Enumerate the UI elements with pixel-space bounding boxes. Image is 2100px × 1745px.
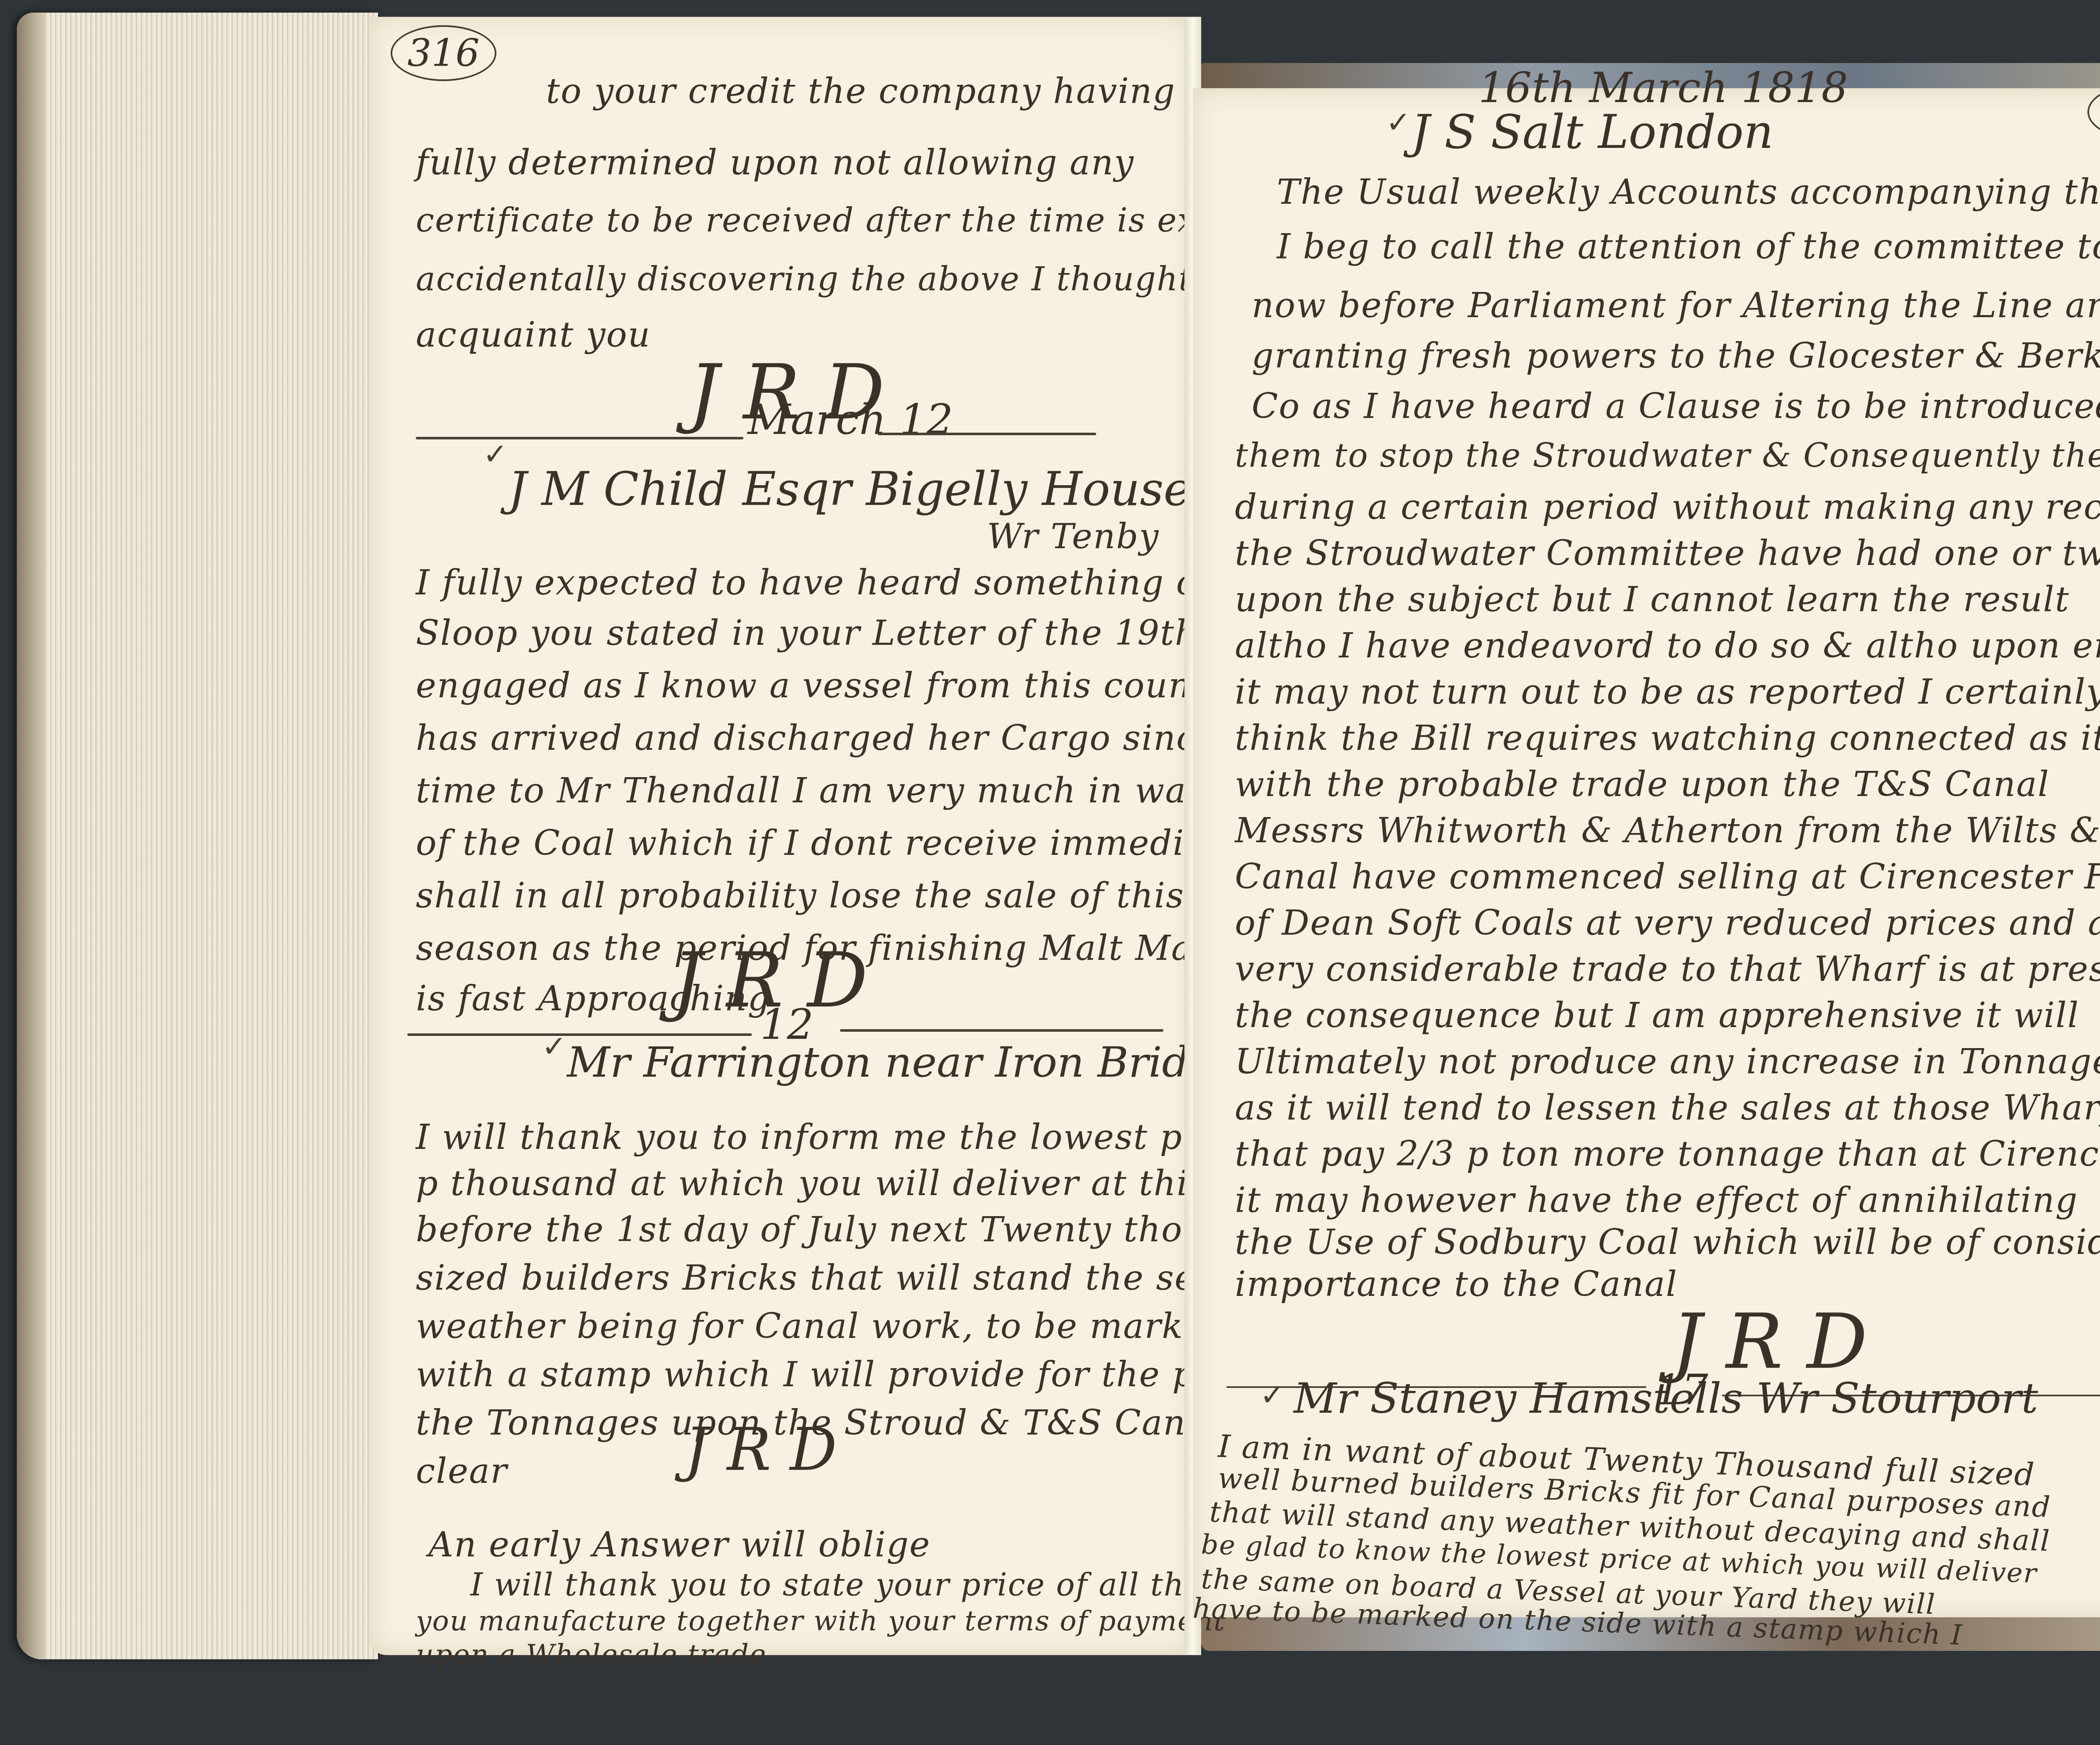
right-page: 317 16th March 1818 ✓ J S Salt London Th…	[1193, 88, 2100, 1617]
text-line: granting fresh powers to the Glocester &…	[1252, 336, 2100, 376]
text-line: Canal have commenced selling at Cirences…	[1235, 857, 2100, 897]
text-line: to your credit the company having	[546, 71, 1176, 111]
postscript-line: upon a Wholesale trade	[416, 1638, 767, 1671]
text-line: as it will tend to lessen the sales at t…	[1235, 1088, 2100, 1128]
text-line: clear	[416, 1451, 508, 1491]
text-line: very considerable trade to that Wharf is…	[1235, 949, 2100, 989]
left-page: 316 to your credit the company having fu…	[370, 17, 1193, 1655]
text-line: I will thank you to inform me the lowest…	[416, 1117, 1253, 1157]
text-line: altho I have endeavord to do so & altho …	[1235, 626, 2100, 666]
text-line: now before Parliament for Altering the L…	[1252, 286, 2100, 326]
divider-rule	[878, 433, 1096, 435]
text-line: importance to the Canal	[1235, 1264, 1678, 1304]
text-line: that pay 2/3 p ton more tonnage than at …	[1235, 1134, 2100, 1174]
text-line: sized builders Bricks that will stand th…	[416, 1258, 1309, 1298]
text-line: them to stop the Stroudwater & Consequen…	[1235, 437, 2100, 475]
text-line: the Use of Sodbury Coal which will be of…	[1235, 1222, 2100, 1262]
page-edge-stack	[17, 13, 378, 1659]
text-line: p thousand at which you will deliver at …	[416, 1164, 1316, 1204]
postscript-line: you manufacture together with your terms…	[416, 1605, 1226, 1637]
page-number-317: 317	[2087, 84, 2100, 140]
text-line: shall in all probability lose the sale o…	[416, 876, 1184, 916]
text-line: of Dean Soft Coals at very reduced price…	[1235, 903, 2100, 943]
text-line: acquaint you	[416, 315, 651, 355]
recipient-place: Wr Tenby	[987, 517, 1159, 557]
text-line: of the Coal which if I dont receive imme…	[416, 823, 1274, 863]
postscript-line: An early Answer will oblige	[428, 1525, 931, 1565]
postscript-line: I will thank you to state your price of …	[470, 1567, 1204, 1603]
letter-date: March 12	[748, 395, 953, 444]
divider-rule	[407, 1033, 752, 1036]
text-line: I beg to call the attention of the commi…	[1277, 227, 2100, 267]
text-line: during a certain period without making a…	[1235, 487, 2100, 527]
recipient-heading: J M Child Esqr Bigelly House	[508, 462, 1191, 516]
text-line: it may however have the effect of annihi…	[1235, 1180, 2078, 1220]
text-line: upon the subject but I cannot learn the …	[1235, 580, 2070, 620]
text-line: Co as I have heard a Clause is to be int…	[1252, 386, 2100, 426]
text-line: I fully expected to have heard something…	[416, 563, 1282, 603]
text-line: Messrs Whitworth & Atherton from the Wil…	[1235, 811, 2100, 851]
text-line: with the probable trade upon the T&S Can…	[1235, 765, 2050, 804]
text-line: time to Mr Thendall I am very much in wa…	[416, 771, 1224, 811]
text-line: The Usual weekly Accounts accompanying t…	[1277, 172, 2100, 212]
recipient-heading: Mr Staney Hamstells Wr Stourport	[1294, 1374, 2038, 1423]
check-mark-icon: ✓	[1386, 105, 1411, 139]
text-line: Ultimately not produce any increase in T…	[1235, 1042, 2100, 1082]
text-line: think the Bill requires watching connect…	[1235, 718, 2100, 758]
worn-edge	[17, 13, 46, 1659]
page-number-316: 316	[391, 25, 496, 81]
text-line: has arrived and discharged her Cargo sin…	[416, 718, 1303, 758]
check-mark-icon: ✓	[1260, 1378, 1285, 1412]
recipient-heading: J S Salt London	[1411, 105, 1773, 159]
text-line: the Stroudwater Committee have had one o…	[1235, 533, 2100, 573]
text-line: certificate to be received after the tim…	[416, 202, 1289, 239]
text-line: the consequence but I am apprehensive it…	[1235, 996, 2079, 1035]
text-line: fully determined upon not allowing any	[416, 143, 1134, 183]
divider-rule	[416, 437, 743, 439]
check-mark-icon: ✓	[542, 1029, 567, 1064]
signature-jrd: J R D	[685, 1416, 837, 1484]
check-mark-icon: ✓	[483, 437, 508, 471]
divider-rule	[840, 1029, 1163, 1032]
text-line: it may not turn out to be as reported I …	[1235, 672, 2100, 712]
text-line: engaged as I know a vessel from this cou…	[416, 666, 1244, 706]
